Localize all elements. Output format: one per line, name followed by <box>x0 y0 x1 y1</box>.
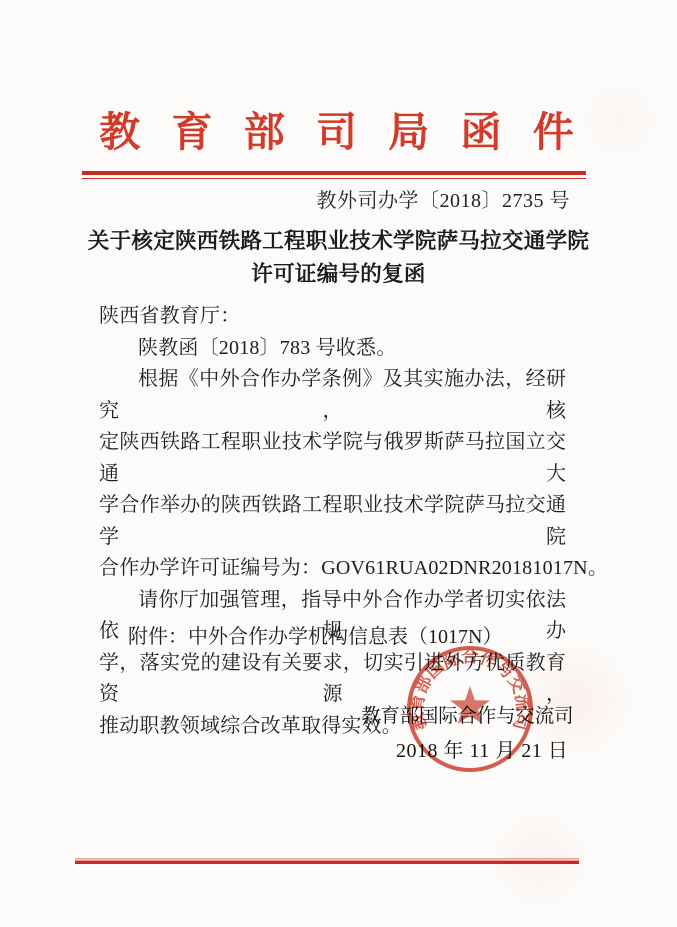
letterhead-agency-title: 教 育 部 司 局 函 件 <box>0 99 677 158</box>
body-line: 根据《中外合作办学条例》及其实施办法，经研究，核 <box>99 364 566 427</box>
subject-line-1: 关于核定陕西铁路工程职业技术学院萨马拉交通学院 <box>0 225 677 258</box>
footer-rule <box>75 858 579 864</box>
letterhead-rule-thin <box>82 178 586 180</box>
body-line: 学合作举办的陕西铁路工程职业技术学院萨马拉交通学院 <box>99 490 566 553</box>
official-seal: 教育部国际合作与交流司 <box>402 641 538 777</box>
document-reference-number: 教外司办学〔2018〕2735 号 <box>317 184 571 213</box>
star-icon <box>450 686 490 724</box>
body-line: 陕教函〔2018〕783 号收悉。 <box>99 333 566 365</box>
salutation-line: 陕西省教育厅： <box>99 301 566 333</box>
license-number-line: 合作办学许可证编号为：GOV61RUA02DNR20181017N。 <box>99 553 566 585</box>
subject-heading: 关于核定陕西铁路工程职业技术学院萨马拉交通学院 许可证编号的复函 <box>0 225 677 291</box>
letterhead-rule-thick <box>82 171 586 175</box>
body-line: 定陕西铁路工程职业技术学院与俄罗斯萨马拉国立交通大 <box>99 427 566 490</box>
subject-line-2: 许可证编号的复函 <box>0 258 677 291</box>
scanned-official-letter-page: 教 育 部 司 局 函 件 教外司办学〔2018〕2735 号 关于核定陕西铁路… <box>0 0 677 927</box>
